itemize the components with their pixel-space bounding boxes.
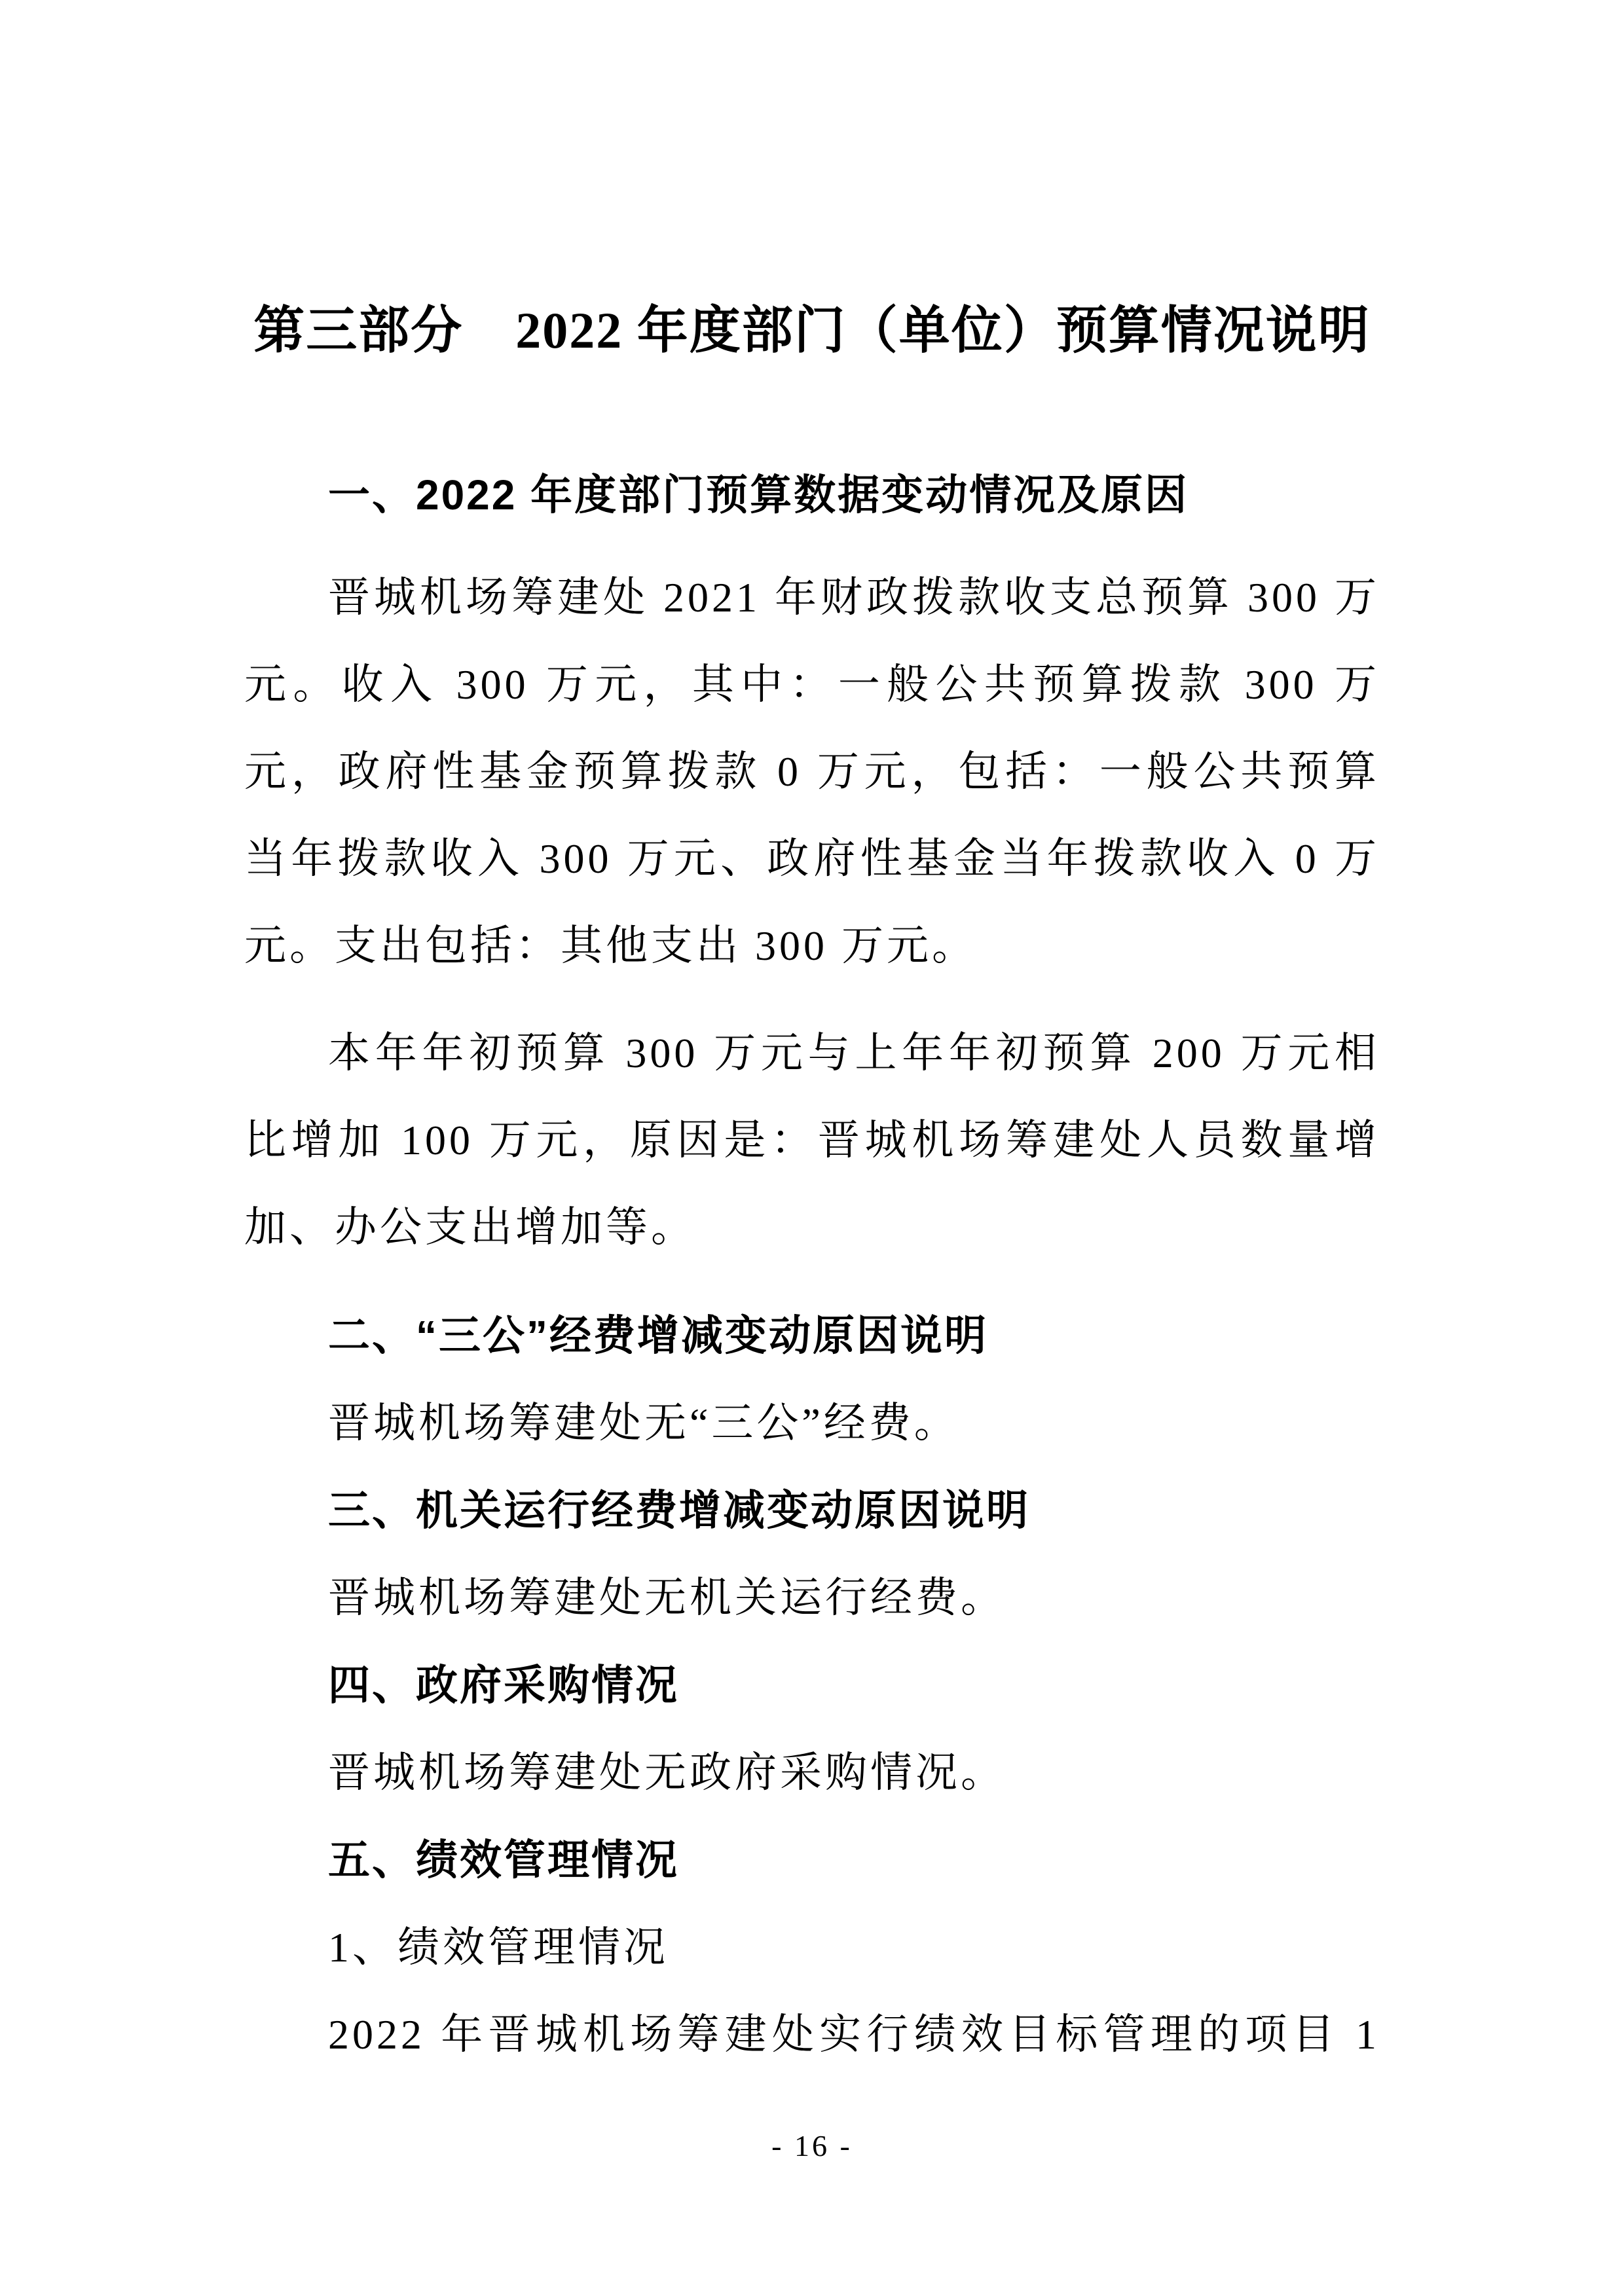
page-content: 第三部分 2022 年度部门（单位）预算情况说明 一、2022 年度部门预算数据…: [244, 278, 1380, 2078]
section-5-body: 2022 年晋城机场筹建处实行绩效目标管理的项目 1: [244, 1991, 1380, 2078]
section-3-body: 晋城机场筹建处无机关运行经费。: [244, 1554, 1380, 1641]
section-1-heading: 一、2022 年度部门预算数据变动情况及原因: [244, 451, 1380, 539]
section-5-heading: 五、绩效管理情况: [244, 1816, 1380, 1904]
document-page: 第三部分 2022 年度部门（单位）预算情况说明 一、2022 年度部门预算数据…: [0, 0, 1624, 2296]
section-2-heading: 二、“三公”经费增减变动原因说明: [244, 1292, 1380, 1379]
section-2-body: 晋城机场筹建处无“三公”经费。: [244, 1379, 1380, 1467]
section-1-paragraph-1: 晋城机场筹建处 2021 年财政拨款收支总预算 300 万元。收入 300 万元…: [244, 554, 1380, 989]
section-1-paragraph-2: 本年年初预算 300 万元与上年年初预算 200 万元相比增加 100 万元，原…: [244, 1010, 1380, 1271]
section-5-sub-item: 1、绩效管理情况: [244, 1904, 1380, 1991]
document-title: 第三部分 2022 年度部门（单位）预算情况说明: [244, 278, 1380, 383]
section-4-heading: 四、政府采购情况: [244, 1641, 1380, 1729]
section-4-body: 晋城机场筹建处无政府采购情况。: [244, 1729, 1380, 1816]
page-number: - 16 -: [0, 2126, 1624, 2166]
section-3-heading: 三、机关运行经费增减变动原因说明: [244, 1467, 1380, 1554]
